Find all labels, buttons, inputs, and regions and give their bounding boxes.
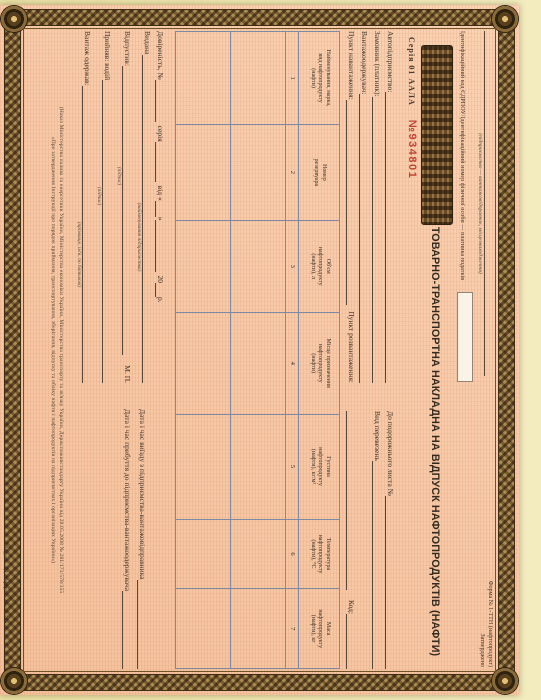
col-number: 1	[286, 32, 299, 124]
departure-blank	[137, 580, 146, 669]
proxy-series-label: серія	[155, 126, 164, 142]
form-reference-line2: Затверджено	[477, 581, 485, 667]
corner-rosette-icon	[1, 6, 27, 32]
col-number: 7	[286, 588, 299, 668]
scanned-page: (підприємство — вантажовідправник, місце…	[0, 0, 541, 700]
unload-point-label: Пункт розвантаження:	[346, 311, 355, 383]
accepted-signature-caption: (підпис)	[95, 121, 102, 271]
load-point-label: Пункт навантаження:	[346, 31, 355, 100]
field-rows: Автопідприємство: До подорожнього листа …	[346, 31, 398, 669]
col-number: 6	[286, 519, 299, 589]
accepted-label: Прийняв: водій	[102, 31, 111, 80]
proxy-year-prefix: 20	[155, 275, 164, 283]
supplier-field: (підприємство — вантажовідправник, місце…	[476, 31, 494, 376]
border-top	[498, 9, 515, 691]
issued-by-label: Видана	[142, 31, 151, 55]
form-content: (підприємство — вантажовідправник, місце…	[24, 31, 495, 669]
proxy-month-blank	[155, 220, 164, 272]
waybill-form-sheet: (підприємство — вантажовідправник, місце…	[0, 5, 519, 695]
arrival-blank	[122, 591, 131, 669]
signature-block-left: Довіреність, № серія від « » 20 р. Видан…	[75, 31, 168, 383]
fine-print-line1: (Наказ Міністерства палива та енергетики…	[57, 31, 65, 669]
fine-print-line2: «Про затвердження Інструкції про порядок…	[49, 31, 57, 669]
departure-label: Дата і час виїзду з підприємства-вантажо…	[137, 409, 146, 580]
issued-by-caption: (найменування підприємства)	[135, 91, 142, 383]
series-label: Серія 01 ААЛА	[406, 37, 416, 106]
signature-block-right: Дата і час виїзду з підприємства-вантажо…	[75, 383, 168, 669]
form-number: №934801	[404, 120, 418, 179]
table-row	[176, 32, 231, 668]
supplier-blank-line	[484, 31, 494, 376]
edrpou-code-box	[457, 292, 473, 382]
waybill-label: До подорожнього листа №	[385, 411, 394, 496]
released-signature-caption: (підпис)	[115, 101, 122, 251]
code-blank-line	[346, 614, 355, 669]
fine-print: (Наказ Міністерства палива та енергетики…	[49, 31, 66, 669]
transport-type-label: Вид перевезень	[372, 411, 381, 461]
col-header-density: Густина нафтопродукту (нафти), кг/м³	[299, 414, 339, 519]
unload-point-blank-line	[346, 411, 355, 590]
proxy-series-blank	[155, 142, 164, 182]
border-right	[4, 674, 515, 691]
consignee-label: Вантажоодержувач:	[359, 31, 368, 94]
autocompany-label: Автопідприємство:	[385, 31, 394, 92]
proxy-label: Довіреність, №	[155, 31, 164, 80]
autocompany-blank-line	[385, 92, 394, 383]
stamp-label: М. П.	[122, 365, 131, 383]
col-number: 2	[286, 124, 299, 219]
col-header-volume: Об'єм нафтопродукту (нафти), л	[299, 220, 339, 312]
corner-rosette-icon	[1, 668, 27, 694]
col-header-temperature: Температура нафтопродукту (нафти), °С	[299, 519, 339, 589]
border-left	[4, 9, 515, 26]
product-table: Найменування, марка, вид нафтопродукту (…	[175, 31, 340, 669]
proxy-day-blank	[155, 201, 164, 217]
col-number: 3	[286, 220, 299, 312]
supplier-caption: (підприємство — вантажовідправник, місце…	[476, 31, 483, 376]
form-reference-line1: Форма № 1-ТТН (нафтопродукт)	[486, 581, 494, 667]
col-header-tank-number: Номер резервуара	[299, 124, 339, 219]
table-number-row: 1 2 3 4 5 6 7	[286, 32, 299, 668]
load-point-blank-line	[346, 100, 355, 306]
proxy-date-open: від «	[155, 186, 164, 201]
waybill-blank-line	[385, 496, 394, 669]
printer-imprint: Видавн. ТД «Офорт». Зам. 1-540.	[2, 545, 7, 625]
form-title: ТОВАРНО-ТРАНСПОРТНА НАКЛАДНА НА ВІДПУСК …	[427, 223, 453, 660]
consignee-blank-line	[359, 94, 368, 383]
released-blank	[122, 66, 131, 355]
col-header-product-name: Найменування, марка, вид нафтопродукту (…	[299, 32, 339, 124]
transport-type-blank-line	[372, 461, 381, 669]
table-header-row: Найменування, марка, вид нафтопродукту (…	[299, 32, 339, 668]
proxy-year-blank	[155, 283, 164, 297]
code-label: Код:	[346, 600, 355, 614]
col-header-mass: Маса нафтопродукту (нафти), кг	[299, 588, 339, 668]
customer-label: Замовник (платник):	[372, 31, 381, 97]
released-label: Відпустив:	[122, 31, 131, 66]
table-row	[231, 32, 286, 668]
proxy-number-blank	[155, 80, 164, 122]
accepted-blank	[102, 80, 111, 383]
form-reference: Форма № 1-ТТН (нафтопродукт) Затверджено	[477, 581, 494, 669]
proxy-year-suffix: р.	[155, 297, 164, 303]
col-number: 5	[286, 414, 299, 519]
col-number: 4	[286, 312, 299, 414]
received-label: Вантаж одержав:	[82, 31, 91, 86]
edrpou-label: Ідентифікаційний код ЄДРПОУ/Ідентифікаці…	[457, 31, 465, 280]
corner-rosette-icon	[492, 6, 518, 32]
arrival-label: Дата і час прибуття до підприємства-вант…	[122, 409, 131, 591]
customer-blank-line	[372, 97, 381, 383]
issued-by-blank	[142, 55, 151, 383]
corner-rosette-icon	[492, 668, 518, 694]
guilloche-ornament	[421, 45, 453, 225]
col-header-destination: Місце призначення нафтопродукту (нафти)	[299, 312, 339, 414]
received-caption: (прізвище, ім'я, по батькові)	[75, 126, 82, 383]
received-blank	[82, 86, 91, 383]
